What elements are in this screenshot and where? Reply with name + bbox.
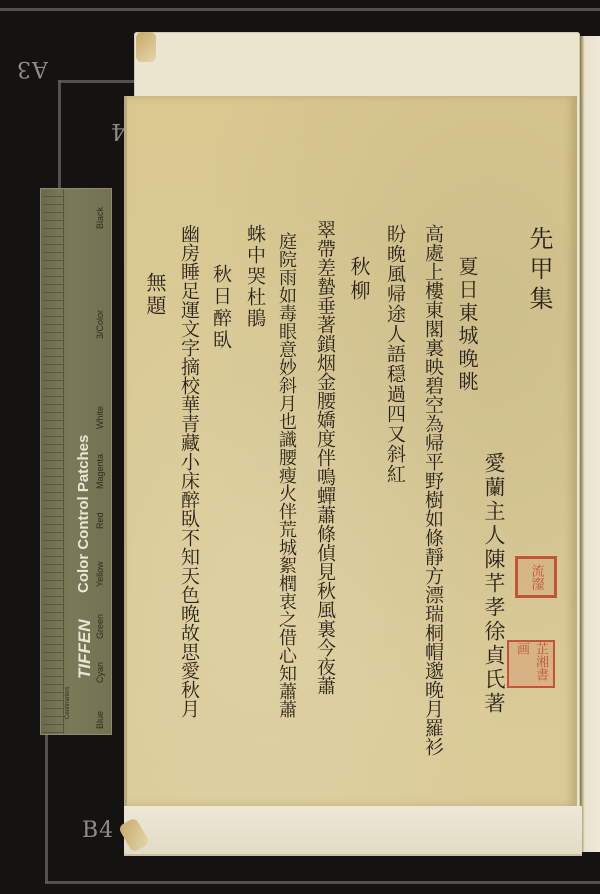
poem-line: 高處上樓東閣裏映碧空為帰平野樹如條靜方漂瑞桐帽邈晚月羅衫: [423, 224, 442, 756]
strip-brand: TIFFEN: [75, 620, 95, 680]
protective-tissue-bottom: [124, 806, 582, 856]
mat-grid-label: B4: [82, 818, 114, 843]
poem-line: 庭院雨如毒眼意妙斜月也識腰瘦火伴荒城絮橍衷之借心知蕭蕭: [277, 232, 295, 718]
seal-square: 流瀣: [515, 556, 557, 598]
poem-title: 無題: [145, 272, 165, 318]
patch-label: 3/Color: [95, 310, 105, 339]
patch-label: Red: [95, 512, 105, 529]
mat-grid-line-top: [0, 8, 600, 11]
centimeter-ruler: [43, 189, 64, 734]
book-title: 先甲集: [527, 226, 551, 316]
poem-line: 蛛中哭杜鵑: [245, 224, 264, 329]
seal-square: 芷湘書画: [507, 640, 555, 688]
patch-label: Magenta: [95, 454, 105, 489]
poem-title: 夏日東城晚眺: [457, 256, 477, 394]
poem-title: 秋柳: [349, 256, 369, 304]
color-control-strip: TIFFEN Color Control Patches Centimeters…: [40, 188, 112, 735]
mat-grid-line-inner-h: [58, 80, 138, 83]
mat-grid-line-inner-v: [58, 80, 61, 190]
strip-ruler-label: Centimeters: [65, 687, 71, 719]
mat-grid-line-left-v: [45, 733, 48, 883]
poem-line: 盼晚風帰途人語穏過四又斜紅: [385, 224, 404, 484]
patch-label: Cyan: [95, 662, 105, 683]
poem-line: 翠帶差蟄垂著鎖烟金腰嬌度伴鳴蟬蕭條偵見秋風裏今夜蕭: [315, 220, 334, 695]
page-corner-curl: [136, 32, 156, 62]
manuscript-page: 先甲集 愛蘭主人陳芊孝徐貞氏著 流瀣 芷湘書画 夏日東城晚眺 高處上樓東閣裏映碧…: [124, 96, 577, 806]
patch-label: Blue: [95, 711, 105, 729]
patch-label: Green: [95, 614, 105, 639]
strip-title: Color Control Patches: [75, 435, 92, 593]
mat-grid-line-bottom: [45, 881, 600, 884]
patch-label: Yellow: [95, 561, 105, 587]
patch-label: White: [95, 406, 105, 429]
poem-line: 幽房睡足運文字摘校華青藏小床醉臥不知天色晚故思愛秋月: [179, 224, 198, 718]
poem-title: 秋日醉臥: [211, 264, 230, 352]
mat-grid-label: A3: [16, 56, 48, 81]
patch-label: Black: [95, 207, 105, 229]
author-line: 愛蘭主人陳芊孝徐貞氏著: [483, 452, 504, 716]
